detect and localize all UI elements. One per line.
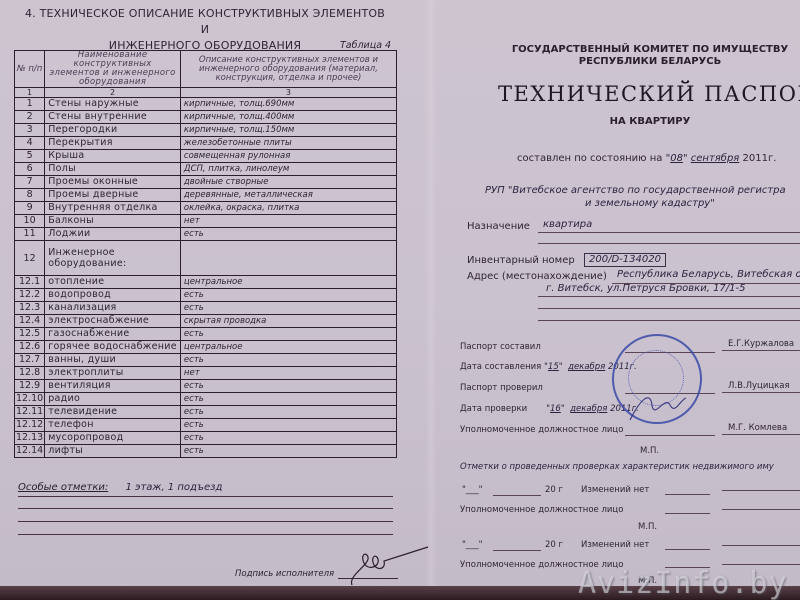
row-desc: есть	[180, 328, 396, 341]
passport-title: ТЕХНИЧЕСКИЙ ПАСПОРТ	[498, 82, 800, 106]
row-name: электроснабжение	[45, 315, 181, 328]
row-name: канализация	[45, 302, 181, 315]
row-num: 12.4	[15, 315, 45, 328]
table-row: 12.13мусоропроводесть	[15, 432, 397, 445]
address-line2: г. Витебск, ул.Петруся Бровки, 17/1-5	[546, 283, 746, 294]
check-date-label: Дата проверки	[460, 404, 527, 414]
compile-date-month: декабря	[568, 362, 605, 372]
row-desc: есть	[180, 380, 396, 393]
row-name: Внутренняя отделка	[45, 202, 181, 215]
row-desc: центральное	[180, 276, 396, 289]
row-name: Перекрытия	[45, 137, 181, 150]
inventory-value: 200/D-134020	[584, 253, 666, 267]
table-row: 4Перекрытияжелезобетонные плиты	[15, 137, 397, 150]
table-row: 12Инженерное оборудование:	[15, 241, 397, 276]
row-num: 11	[15, 228, 45, 241]
check-entry-2-sign-line	[665, 549, 710, 550]
header-name: Наименование конструктивных элементов и …	[45, 51, 181, 88]
purpose-underline-2	[538, 243, 800, 244]
table-row: 10Балконынет	[15, 215, 397, 228]
check-entry-1-official-sign-line	[665, 513, 710, 514]
header-num: № п/п	[15, 51, 45, 88]
row-name: отопление	[45, 276, 181, 289]
check-entry-2-day: "___"	[462, 540, 483, 550]
check-entry-2-name-line	[722, 545, 800, 546]
table-row: 12.8электроплитынет	[15, 367, 397, 380]
table-row: 12.3канализацияесть	[15, 302, 397, 315]
purpose-underline	[538, 232, 800, 233]
compiled-by-name-line	[722, 350, 800, 351]
table-row: 12.2водопроводесть	[15, 289, 397, 302]
notes-line	[18, 508, 393, 509]
table-row: 12.5газоснабжениеесть	[15, 328, 397, 341]
row-name: горячее водоснабжение	[45, 341, 181, 354]
table-row: 3Перегородкикирпичные, толщ.150мм	[15, 124, 397, 137]
notes-line	[18, 496, 393, 497]
row-name: Балконы	[45, 215, 181, 228]
row-num: 12.9	[15, 380, 45, 393]
row-desc: деревянные, металлическая	[180, 189, 396, 202]
table-row: 5Крышасовмещенная рулонная	[15, 150, 397, 163]
row-num: 12.11	[15, 406, 45, 419]
table-row: 12.4электроснабжениескрытая проводка	[15, 315, 397, 328]
stamp-mark: М.П.	[640, 446, 659, 456]
checks-heading: Отметки о проведенных проверках характер…	[460, 462, 774, 472]
row-num: 12.8	[15, 367, 45, 380]
row-num: 12.13	[15, 432, 45, 445]
table-row: 12.7ванны, душиесть	[15, 354, 397, 367]
address-underline-2	[538, 296, 800, 297]
row-name: электроплиты	[45, 367, 181, 380]
special-notes-label: Особые отметки:	[18, 482, 108, 493]
row-name: лифты	[45, 445, 181, 458]
row-desc	[180, 241, 396, 276]
check-entry-2-year: 20 г	[545, 540, 563, 550]
page-fold	[425, 0, 437, 588]
row-num: 12.2	[15, 289, 45, 302]
row-desc: кирпичные, толщ.690мм	[180, 98, 396, 111]
table-row: 8Проемы дверныедеревянные, металлическая	[15, 189, 397, 202]
organization-line1: РУП "Витебское агентство по государствен…	[485, 185, 786, 196]
row-desc: нет	[180, 367, 396, 380]
table-row: 6ПолыДСП, плитка, линолеум	[15, 163, 397, 176]
committee-line2: РЕСПУБЛИКИ БЕЛАРУСЬ	[500, 56, 800, 68]
table-row: 12.11телевидениеесть	[15, 406, 397, 419]
row-num: 5	[15, 150, 45, 163]
check-entry-1-sign-line	[665, 494, 710, 495]
check-date: Дата проверки "16" декабря 2011г.	[460, 404, 639, 414]
row-name: Проемы оконные	[45, 176, 181, 189]
check-date-month: декабря	[570, 404, 607, 414]
row-name: Крыша	[45, 150, 181, 163]
checked-by-label: Паспорт проверил	[460, 383, 543, 393]
row-num: 6	[15, 163, 45, 176]
check-entry-1-stamp-mark: М.П.	[638, 522, 657, 532]
row-num: 1	[15, 98, 45, 111]
row-num: 12.12	[15, 419, 45, 432]
table-row: 1Стены наружныекирпичные, толщ.690мм	[15, 98, 397, 111]
colnum-3: 3	[180, 88, 396, 98]
check-entry-1-day: "___"	[462, 485, 483, 495]
row-num: 8	[15, 189, 45, 202]
row-desc: есть	[180, 302, 396, 315]
checked-by-name-line	[722, 392, 800, 393]
authorized-name: М.Г. Комлева	[728, 423, 787, 433]
colnum-1: 1	[15, 88, 45, 98]
row-num: 12.14	[15, 445, 45, 458]
row-desc: оклейка, окраска, плитка	[180, 202, 396, 215]
check-entry-1-official: Уполномоченное должностное лицо	[460, 505, 623, 515]
row-desc: есть	[180, 228, 396, 241]
row-desc: есть	[180, 419, 396, 432]
row-desc: скрытая проводка	[180, 315, 396, 328]
table-row: 12.12телефонесть	[15, 419, 397, 432]
check-entry-1-month-line	[493, 495, 541, 496]
address-line1: Республика Беларусь, Витебская о	[617, 269, 800, 280]
address-underline-3	[538, 308, 800, 309]
row-name: Полы	[45, 163, 181, 176]
check-entry-1-name-line	[722, 490, 800, 491]
row-desc: кирпичные, толщ.400мм	[180, 111, 396, 124]
address-label: Адрес (местонахождение)	[467, 271, 607, 282]
check-entry-1-year: 20 г	[545, 485, 563, 495]
special-notes-value: 1 этаж, 1 подъезд	[125, 482, 222, 493]
address-underline-4	[538, 320, 800, 321]
check-entry-2-date: "___"	[462, 540, 483, 550]
purpose-label: Назначение	[467, 221, 530, 232]
purpose-value: квартира	[543, 219, 592, 230]
table-row: 7Проемы оконныедвойные створные	[15, 176, 397, 189]
row-desc: кирпичные, толщ.150мм	[180, 124, 396, 137]
checker-signature-icon	[620, 380, 690, 430]
row-desc: есть	[180, 432, 396, 445]
row-name: газоснабжение	[45, 328, 181, 341]
row-desc: совмещенная рулонная	[180, 150, 396, 163]
row-name: Перегородки	[45, 124, 181, 137]
notes-line	[18, 534, 393, 535]
row-desc: есть	[180, 406, 396, 419]
table-row: 2Стены внутренниекирпичные, толщ.400мм	[15, 111, 397, 124]
inventory-label: Инвентарный номер	[467, 255, 575, 266]
compiled-as-of-label: составлен по состоянию на	[517, 153, 662, 164]
row-desc: есть	[180, 445, 396, 458]
row-desc: есть	[180, 393, 396, 406]
compiled-by-name: Е.Г.Куржалова	[728, 339, 794, 349]
row-name: Инженерное оборудование:	[45, 241, 181, 276]
table-row: 12.9вентиляцияесть	[15, 380, 397, 393]
row-name: Лоджии	[45, 228, 181, 241]
row-name: радио	[45, 393, 181, 406]
check-entry-1-date: "___"	[462, 485, 483, 495]
row-num: 4	[15, 137, 45, 150]
row-num: 12.5	[15, 328, 45, 341]
row-desc: есть	[180, 354, 396, 367]
authorized-label: Уполномоченное должностное лицо	[460, 425, 623, 435]
section-title-line1: 4. ТЕХНИЧЕСКОЕ ОПИСАНИЕ КОНСТРУКТИВНЫХ Э…	[20, 6, 390, 38]
row-num: 12.10	[15, 393, 45, 406]
compiled-as-of: составлен по состоянию на "08" сентября …	[517, 153, 776, 164]
compile-date-label: Дата составления	[460, 362, 541, 372]
table-row: 12.6горячее водоснабжениецентральное	[15, 341, 397, 354]
row-num: 12	[15, 241, 45, 276]
committee-name: ГОСУДАРСТВЕННЫЙ КОМИТЕТ ПО ИМУЩЕСТВУ РЕС…	[500, 44, 800, 68]
table-row: 11Лоджииесть	[15, 228, 397, 241]
row-num: 12.6	[15, 341, 45, 354]
inventory-box: 200/D-134020	[584, 253, 666, 267]
compiled-month: сентября	[691, 153, 740, 164]
table-row: 12.10радиоесть	[15, 393, 397, 406]
row-desc: ДСП, плитка, линолеум	[180, 163, 396, 176]
compiled-by-label: Паспорт составил	[460, 342, 541, 352]
check-entry-1-official-name-line	[722, 509, 800, 510]
row-name: водопровод	[45, 289, 181, 302]
authorized-name-line	[722, 434, 800, 435]
check-entry-1-no-changes: Изменений нет	[581, 485, 649, 495]
row-num: 12.3	[15, 302, 45, 315]
authorized-sign-line	[625, 435, 715, 436]
passport-subtitle: НА КВАРТИРУ	[500, 116, 800, 127]
check-entry-2-no-changes: Изменений нет	[581, 540, 649, 550]
table-row: 12.1отоплениецентральное	[15, 276, 397, 289]
check-entry-2-month-line	[493, 550, 541, 551]
row-desc: двойные створные	[180, 176, 396, 189]
colnum-2: 2	[45, 88, 181, 98]
row-name: Стены внутренние	[45, 111, 181, 124]
compile-date-day: 15	[548, 362, 559, 372]
signature-icon	[340, 545, 430, 590]
construction-elements-table: № п/п Наименование конструктивных элемен…	[14, 50, 397, 458]
organization-line2: и земельному кадастру"	[585, 198, 715, 209]
watermark: AvizInfo.by	[578, 566, 788, 600]
table-header-row: № п/п Наименование конструктивных элемен…	[15, 51, 397, 88]
compiled-year: 2011г.	[743, 153, 777, 164]
row-name: телефон	[45, 419, 181, 432]
row-name: мусоропровод	[45, 432, 181, 445]
column-number-row: 1 2 3	[15, 88, 397, 98]
row-num: 3	[15, 124, 45, 137]
section-title: 4. ТЕХНИЧЕСКОЕ ОПИСАНИЕ КОНСТРУКТИВНЫХ Э…	[20, 6, 390, 54]
row-num: 12.7	[15, 354, 45, 367]
row-name: вентиляция	[45, 380, 181, 393]
table-row: 12.14лифтыесть	[15, 445, 397, 458]
row-num: 2	[15, 111, 45, 124]
check-entry-2-official-name-line	[722, 564, 800, 565]
signature-label: Подпись исполнителя	[235, 569, 334, 579]
row-num: 10	[15, 215, 45, 228]
table-row: 9Внутренняя отделкаоклейка, окраска, пли…	[15, 202, 397, 215]
row-num: 7	[15, 176, 45, 189]
row-desc: есть	[180, 289, 396, 302]
special-notes: Особые отметки: 1 этаж, 1 подъезд	[18, 482, 222, 493]
row-desc: центральное	[180, 341, 396, 354]
row-num: 12.1	[15, 276, 45, 289]
row-num: 9	[15, 202, 45, 215]
row-desc: железобетонные плиты	[180, 137, 396, 150]
row-name: Стены наружные	[45, 98, 181, 111]
compile-date: Дата составления "15" декабря 2011г.	[460, 362, 637, 372]
committee-line1: ГОСУДАРСТВЕННЫЙ КОМИТЕТ ПО ИМУЩЕСТВУ	[500, 44, 800, 56]
compiled-day: 08	[670, 153, 683, 164]
check-date-day: 16	[550, 404, 561, 414]
notes-line	[18, 521, 393, 522]
row-name: телевидение	[45, 406, 181, 419]
row-name: ванны, души	[45, 354, 181, 367]
row-name: Проемы дверные	[45, 189, 181, 202]
checked-by-name: Л.В.Луцицкая	[728, 381, 790, 391]
row-desc: нет	[180, 215, 396, 228]
header-desc: Описание конструктивных элементов и инже…	[180, 51, 396, 88]
document-spread: 4. ТЕХНИЧЕСКОЕ ОПИСАНИЕ КОНСТРУКТИВНЫХ Э…	[0, 0, 800, 588]
